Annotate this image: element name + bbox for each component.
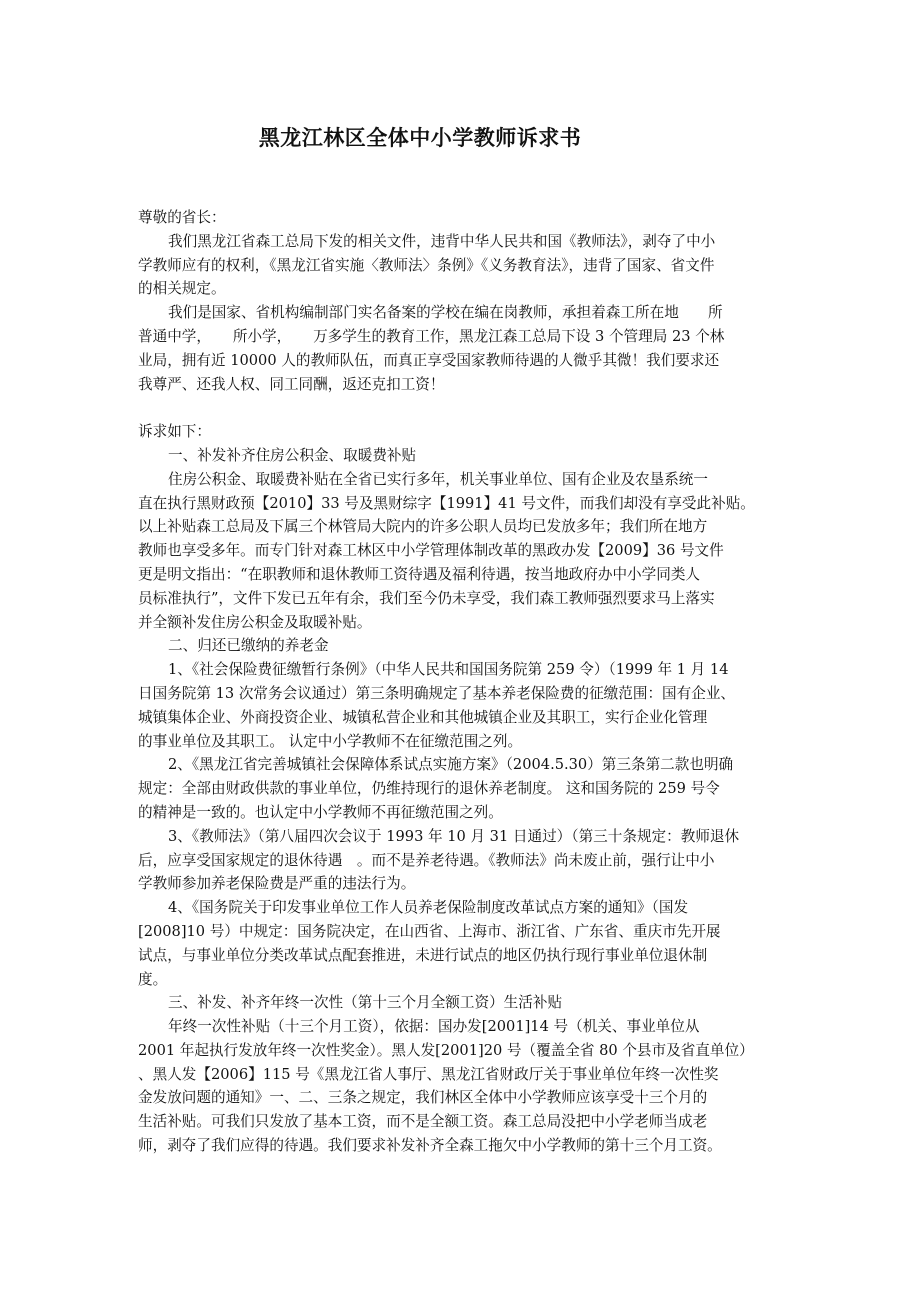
document-title: 黑龙江林区全体中小学教师诉求书 [0, 122, 920, 152]
text-line: 的事业单位及其职工。 认定中小学教师不在征缴范围之列。 [138, 730, 798, 754]
text-line: 1、《社会保险费征缴暂行条例》（中华人民共和国国务院第 259 令）（1999 … [138, 658, 798, 682]
text-line: 我尊严、还我人权、同工同酬，返还克扣工资！ [138, 373, 798, 397]
document-body: 尊敬的省长： 我们黑龙江省森工总局下发的相关文件，违背中华人民共和国《教师法》，… [138, 206, 798, 1158]
salutation: 尊敬的省长： [138, 206, 798, 230]
intro-paragraph-1: 我们黑龙江省森工总局下发的相关文件，违背中华人民共和国《教师法》，剥夺了中小 学… [138, 230, 798, 301]
text-line: 并全额补发住房公积金及取暖补贴。 [138, 611, 798, 635]
text-line: 试点，与事业单位分类改革试点配套推进，未进行试点的地区仍执行现行事业单位退休制 [138, 944, 798, 968]
intro-paragraph-2: 我们是国家、省机构编制部门实名备案的学校在编在岗教师，承担着森工所在地 所 普通… [138, 301, 798, 396]
text-line: 学教师应有的权利，《黑龙江省实施〈教师法〉条例》《义务教育法》，违背了国家、省文… [138, 254, 798, 278]
text-line: 金发放问题的通知》一、二、三条之规定，我们林区全体中小学教师应该享受十三个月的 [138, 1086, 798, 1110]
text-line: 城镇集体企业、外商投资企业、城镇私营企业和其他城镇企业及其职工，实行企业化管理 [138, 706, 798, 730]
text-line: 4、《国务院关于印发事业单位工作人员养老保险制度改革试点方案的通知》（国发 [138, 896, 798, 920]
blank-line [138, 396, 798, 420]
text-line: 员标准执行”，文件下发已五年有余，我们至今仍未享受，我们森工教师强烈要求马上落实 [138, 587, 798, 611]
text-line: 度。 [138, 968, 798, 992]
text-line: 日国务院第 13 次常务会议通过）第三条明确规定了基本养老保险费的征缴范围：国有… [138, 682, 798, 706]
text-line: 师，剥夺了我们应得的待遇。我们要求补发补齐全森工拖欠中小学教师的第十三个月工资。 [138, 1134, 798, 1158]
section-heading: 一、补发补齐住房公积金、取暖费补贴 [138, 444, 798, 468]
text-line: 我们是国家、省机构编制部门实名备案的学校在编在岗教师，承担着森工所在地 所 [138, 301, 798, 325]
text-line: 直在执行黑财政预【2010】33 号及黑财综字【1991】41 号文件，而我们却… [138, 492, 798, 516]
section-2: 二、归还已缴纳的养老金 1、《社会保险费征缴暂行条例》（中华人民共和国国务院第 … [138, 634, 798, 991]
text-line: 我们黑龙江省森工总局下发的相关文件，违背中华人民共和国《教师法》，剥夺了中小 [138, 230, 798, 254]
demands-label: 诉求如下： [138, 420, 798, 444]
text-line: 教师也享受多年。而专门针对森工林区中小学管理体制改革的黑政办发【2009】36 … [138, 539, 798, 563]
text-line: [2008]10 号）中规定：国务院决定，在山西省、上海市、浙江省、广东省、重庆… [138, 920, 798, 944]
text-line: 学教师参加养老保险费是严重的违法行为。 [138, 872, 798, 896]
section-3: 三、补发、补齐年终一次性（第十三个月全额工资）生活补贴 年终一次性补贴（十三个月… [138, 991, 798, 1158]
text-line: 的精神是一致的。也认定中小学教师不再征缴范围之列。 [138, 801, 798, 825]
document-page: 黑龙江林区全体中小学教师诉求书 尊敬的省长： 我们黑龙江省森工总局下发的相关文件… [0, 0, 920, 1302]
text-line: 年终一次性补贴（十三个月工资），依据：国办发[2001]14 号（机关、事业单位… [138, 1015, 798, 1039]
section-heading: 二、归还已缴纳的养老金 [138, 634, 798, 658]
text-line: 更是明文指出：“在职教师和退休教师工资待遇及福利待遇，按当地政府办中小学同类人 [138, 563, 798, 587]
text-line: 以上补贴森工总局及下属三个林管局大院内的许多公职人员均已发放多年；我们所在地方 [138, 515, 798, 539]
section-1: 一、补发补齐住房公积金、取暖费补贴 住房公积金、取暖费补贴在全省已实行多年，机关… [138, 444, 798, 634]
text-line: 规定：全部由财政供款的事业单位，仍维持现行的退休养老制度。 这和国务院的 259… [138, 777, 798, 801]
text-line: 2001 年起执行发放年终一次性奖金）。黑人发[2001]20 号（覆盖全省 8… [138, 1039, 798, 1063]
text-line: 后，应享受国家规定的退休待遇 。而不是养老待遇。《教师法》尚未废止前，强行让中小 [138, 849, 798, 873]
text-line: 2、《黑龙江省完善城镇社会保障体系试点实施方案》（2004.5.30）第三条第二… [138, 753, 798, 777]
section-heading: 三、补发、补齐年终一次性（第十三个月全额工资）生活补贴 [138, 991, 798, 1015]
text-line: 、黑人发【2006】115 号《黑龙江省人事厅、黑龙江省财政厅关于事业单位年终一… [138, 1063, 798, 1087]
title-text: 黑龙江林区全体中小学教师诉求书 [259, 126, 582, 150]
text-line: 普通中学， 所小学， 万多学生的教育工作，黑龙江森工总局下设 3 个管理局 23… [138, 325, 798, 349]
text-line: 3、《教师法》（第八届四次会议于 1993 年 10 月 31 日通过）（第三十… [138, 825, 798, 849]
text-line: 的相关规定。 [138, 277, 798, 301]
text-line: 业局，拥有近 10000 人的教师队伍，而真正享受国家教师待遇的人微乎其微！我们… [138, 349, 798, 373]
text-line: 住房公积金、取暖费补贴在全省已实行多年，机关事业单位、国有企业及农垦系统一 [138, 468, 798, 492]
text-line: 生活补贴。可我们只发放了基本工资，而不是全额工资。森工总局没把中小学老师当成老 [138, 1110, 798, 1134]
